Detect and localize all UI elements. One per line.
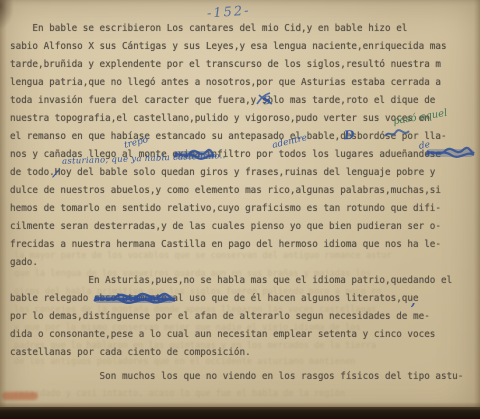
left-edge-shadow xyxy=(0,0,7,419)
ink-scribble-monte-word-icon xyxy=(172,148,216,162)
corner-smudge xyxy=(0,0,14,30)
handwritten-comma-mark: , xyxy=(411,294,416,309)
bleedthrough-line: retardado y casi intacto, acaso lo que f… xyxy=(14,389,470,399)
handwritten-overwrite-d: D xyxy=(344,128,355,143)
scanned-typescript-page: la mayor parte de los vocablos que se co… xyxy=(0,0,480,419)
ink-strike-y-icon xyxy=(254,92,276,106)
typed-text-last-paragraph: Son muchos los que no viendo en los rasg… xyxy=(10,368,476,386)
handwritten-page-number: -152- xyxy=(207,3,252,21)
ink-scribble-desbordose-icon xyxy=(384,128,410,140)
typed-text-body: En bable se escribieron Los cantares del… xyxy=(10,20,476,362)
red-ink-smudge xyxy=(2,392,38,400)
ink-scribble-relegado-word-icon xyxy=(92,292,178,306)
scan-edge-strip xyxy=(0,407,480,419)
ink-scribble-aduenandose-icon xyxy=(424,146,476,160)
right-edge-shadow xyxy=(474,0,480,419)
